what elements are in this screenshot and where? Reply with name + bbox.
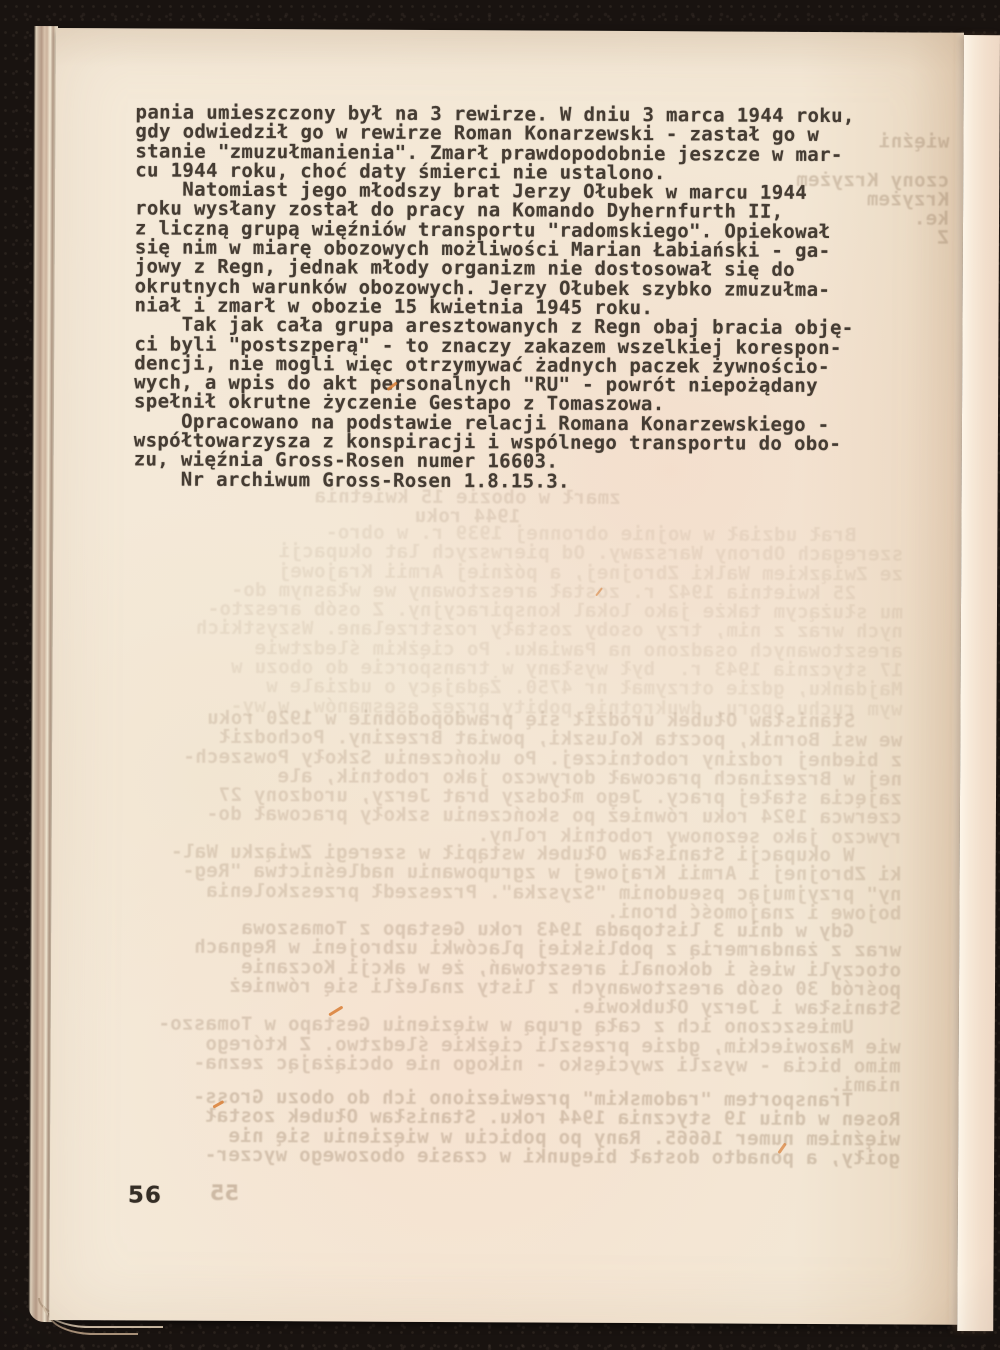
text-line: 1944 roku [79, 505, 855, 528]
text-line: we wsi Bornik, poczta Koluszki, powiat B… [126, 728, 902, 751]
text-line: rywczo jako sezonowy robotnik rolny. [126, 824, 902, 847]
rust-speck [595, 587, 603, 596]
text-line: wraz z żandarmerią z pobliskiej placówki… [125, 938, 901, 961]
text-line: mimo bicia - wyszli zwycięsko - nikogo n… [125, 1053, 901, 1076]
ghost-block-paragraph-3: W okupacji Stanisław Ołubek wstąpił w sz… [125, 842, 901, 923]
page-number: 56 [128, 1182, 162, 1208]
rust-speck [328, 1005, 343, 1016]
text-line: Transportem "radomskim" przewieziono ich… [124, 1087, 900, 1110]
text-line: otoczyli wieś i dokonali aresztowań, że … [125, 957, 901, 980]
typed-text-block: pania umieszczony był na 3 rewirze. W dn… [134, 103, 855, 493]
text-line: pośród 30 osób aresztowanych z listy zna… [125, 976, 901, 999]
next-page-edge [957, 35, 1000, 1331]
text-line: Nr archiwum Gross-Rosen 1.8.15.3. [134, 470, 853, 493]
text-line: czerwca 1924 roku również po skończeniu … [126, 805, 902, 828]
text-line: Stanisław Ołubek urodził się prawdopodob… [126, 708, 902, 731]
ghost-block-paragraph-2: Stanisław Ołubek urodził się prawdopodob… [126, 708, 903, 847]
text-line: Umieszczono ich z całą grupą w więzieniu… [125, 1015, 901, 1038]
text-line: 17 stycznia 1943 r. był wysłany w transp… [127, 657, 903, 680]
text-line: ki Zbrojnej i Armii Krajowej w zgrupowan… [126, 862, 902, 885]
text-line: ny" przyjmując pseudonim "Szyszka". Prze… [125, 881, 901, 904]
text-line: Rosen w dniu 19 stycznia 1944 roku. Stan… [124, 1107, 900, 1130]
text-line: nych wraz z nim, trzy osoby zostały rozs… [127, 619, 903, 642]
book-page: pania umieszczony był na 3 rewirze. W dn… [49, 28, 964, 1325]
ghost-block-paragraph-5: Transportem "radomskim" przewieziono ich… [124, 1087, 900, 1168]
ghost-block-paragraph-1: Brał udział w wojnie obronnej 1939 r. w … [126, 522, 903, 719]
text-line: 25 kwietnia 1942 r. został aresztowany w… [127, 580, 903, 603]
photo-background: pania umieszczony był na 3 rewirze. W dn… [0, 0, 1000, 1350]
text-line: Gdy w dniu 3 listopada 1943 roku Gestapo… [125, 918, 901, 941]
text-line: niami. [124, 1073, 900, 1096]
text-line: szeregach Obrony Warszawy. Od pierwszych… [127, 542, 903, 565]
text-line: Stanisław i Jerzy Ołubkowie. [125, 996, 901, 1019]
text-line: wie Mazowieckim, gdzie przeszli ciężkie … [125, 1034, 901, 1057]
text-line: Brał udział w wojnie obronnej 1939 r. w … [127, 522, 903, 545]
text-line: zajęcia stałej pracy. Jego młodszy brat … [126, 786, 902, 809]
rust-speck [777, 1143, 786, 1155]
text-line: ze Związkiem Walki Zbrojnej, a później A… [127, 561, 903, 584]
text-line: bojowe i znajomość broni. [125, 900, 901, 923]
text-line: W okupacji Stanisław Ołubek wstąpił w sz… [126, 842, 902, 865]
text-line: nej w Brzezinach pracował dorywczo jako … [126, 766, 902, 789]
rust-speck [212, 1100, 224, 1109]
text-line: Majdanku, gdzie otrzymał nr 4750. Żądają… [127, 677, 903, 700]
text-line: aresztowanych osadzono na Pawiaku. Po ci… [127, 638, 903, 661]
text-line: goiły, a ponadto dostał biegunki w czasi… [124, 1145, 900, 1168]
text-line: wym ruchu oporu, dwukrotnie pobity przez… [126, 696, 902, 719]
ghost-page-number: 55 [210, 1181, 239, 1205]
ghost-block-paragraph-4: Gdy w dniu 3 listopada 1943 roku Gestapo… [124, 918, 901, 1096]
text-line: mu służącym także jako lokal konspiracyj… [127, 600, 903, 623]
text-line: z biednej rodziny robotniczej. Po ukończ… [126, 747, 902, 770]
